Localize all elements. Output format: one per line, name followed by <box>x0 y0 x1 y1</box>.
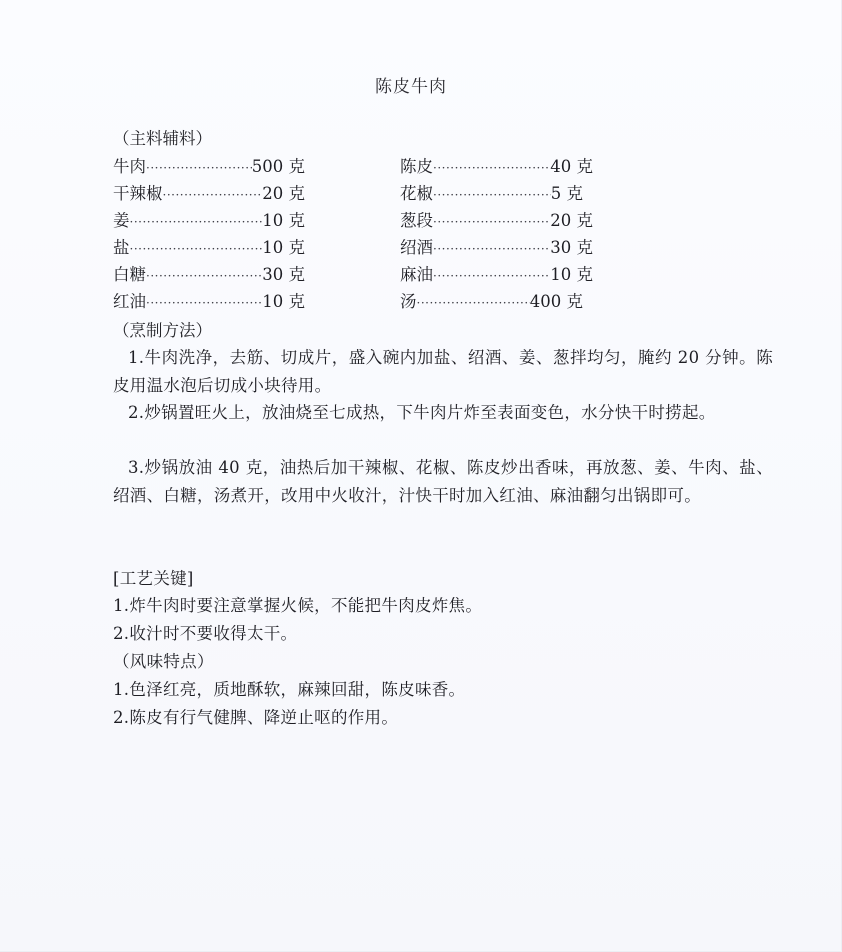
ingredient-name: 绍酒 <box>400 234 433 261</box>
leader-dots: ········································… <box>433 263 550 290</box>
ingredient-name: 葱段 <box>400 207 433 234</box>
leader-dots: ········································… <box>146 155 252 182</box>
ingredient-row: 白糖 ·····································… <box>113 261 305 288</box>
leader-dots: ········································… <box>130 236 263 263</box>
ingredient-name: 陈皮 <box>400 153 433 180</box>
ingredient-amount: 30 克 <box>262 261 305 288</box>
ingredient-row: 盐 ······································… <box>113 234 305 261</box>
ingredient-amount: 40 克 <box>550 153 593 180</box>
ingredient-row: 牛肉 ·····································… <box>113 153 305 180</box>
leader-dots: ········································… <box>146 263 262 290</box>
method-step-3: 3.炒锅放油 40 克，油热后加干辣椒、花椒、陈皮炒出香味，再放葱、姜、牛肉、盐… <box>113 454 773 509</box>
method-step-2: 2.炒锅置旺火上，放油烧至七成热，下牛肉片炸至表面变色，水分快干时捞起。 <box>113 399 773 427</box>
ingredient-name: 姜 <box>113 207 130 234</box>
ingredient-name: 花椒 <box>400 180 433 207</box>
method-step-1: 1.牛肉洗净，去筋、切成片，盛入碗内加盐、绍酒、姜、葱拌均匀，腌约 20 分钟。… <box>113 344 773 399</box>
leader-dots: ········································… <box>433 182 551 209</box>
ingredient-row: 陈皮 ·····································… <box>400 153 593 180</box>
ingredient-amount: 20 克 <box>550 207 593 234</box>
ingredient-amount: 10 克 <box>262 207 305 234</box>
leader-dots: ········································… <box>163 182 263 209</box>
ingredient-name: 白糖 <box>113 261 146 288</box>
ingredient-row: 葱段 ·····································… <box>400 207 593 234</box>
ingredient-row: 红油 ·····································… <box>113 288 305 315</box>
leader-dots: ········································… <box>417 290 530 317</box>
ingredient-name: 牛肉 <box>113 153 146 180</box>
ingredient-name: 盐 <box>113 234 130 261</box>
ingredient-amount: 400 克 <box>530 288 583 315</box>
leader-dots: ········································… <box>146 290 262 317</box>
ingredient-row: 干辣椒 ····································… <box>113 180 305 207</box>
document-page: 陈皮牛肉 （主料辅料） 牛肉 ·························… <box>0 0 842 952</box>
ingredient-row: 姜 ······································… <box>113 207 305 234</box>
key-point-2: 2.收汁时不要收得太干。 <box>113 620 297 647</box>
recipe-title: 陈皮牛肉 <box>0 72 842 97</box>
ingredient-amount: 10 克 <box>262 288 305 315</box>
ingredient-amount: 5 克 <box>551 180 583 207</box>
ingredient-row: 汤 ······································… <box>400 288 583 315</box>
ingredient-row: 麻油 ·····································… <box>400 261 593 288</box>
ingredients-heading: （主料辅料） <box>113 125 212 149</box>
ingredient-amount: 20 克 <box>262 180 305 207</box>
ingredient-name: 麻油 <box>400 261 433 288</box>
flavor-heading: （风味特点） <box>113 648 214 675</box>
flavor-item-1: 1.色泽红亮，质地酥软，麻辣回甜，陈皮味香。 <box>113 676 465 703</box>
ingredient-row: 花椒 ·····································… <box>400 180 583 207</box>
ingredient-amount: 10 克 <box>262 234 305 261</box>
flavor-item-2: 2.陈皮有行气健脾、降逆止呕的作用。 <box>113 704 398 731</box>
ingredient-amount: 30 克 <box>550 234 593 261</box>
leader-dots: ········································… <box>130 209 263 236</box>
key-points-heading: [工艺关键] <box>113 565 194 592</box>
ingredient-amount: 500 克 <box>252 153 305 180</box>
ingredient-name: 红油 <box>113 288 146 315</box>
method-heading: （烹制方法） <box>113 317 212 341</box>
ingredient-amount: 10 克 <box>550 261 593 288</box>
ingredient-name: 干辣椒 <box>113 180 163 207</box>
key-point-1: 1.炸牛肉时要注意掌握火候，不能把牛肉皮炸焦。 <box>113 592 482 619</box>
ingredient-row: 绍酒 ·····································… <box>400 234 593 261</box>
leader-dots: ········································… <box>433 155 550 182</box>
ingredient-name: 汤 <box>400 288 417 315</box>
leader-dots: ········································… <box>433 236 550 263</box>
leader-dots: ········································… <box>433 209 550 236</box>
